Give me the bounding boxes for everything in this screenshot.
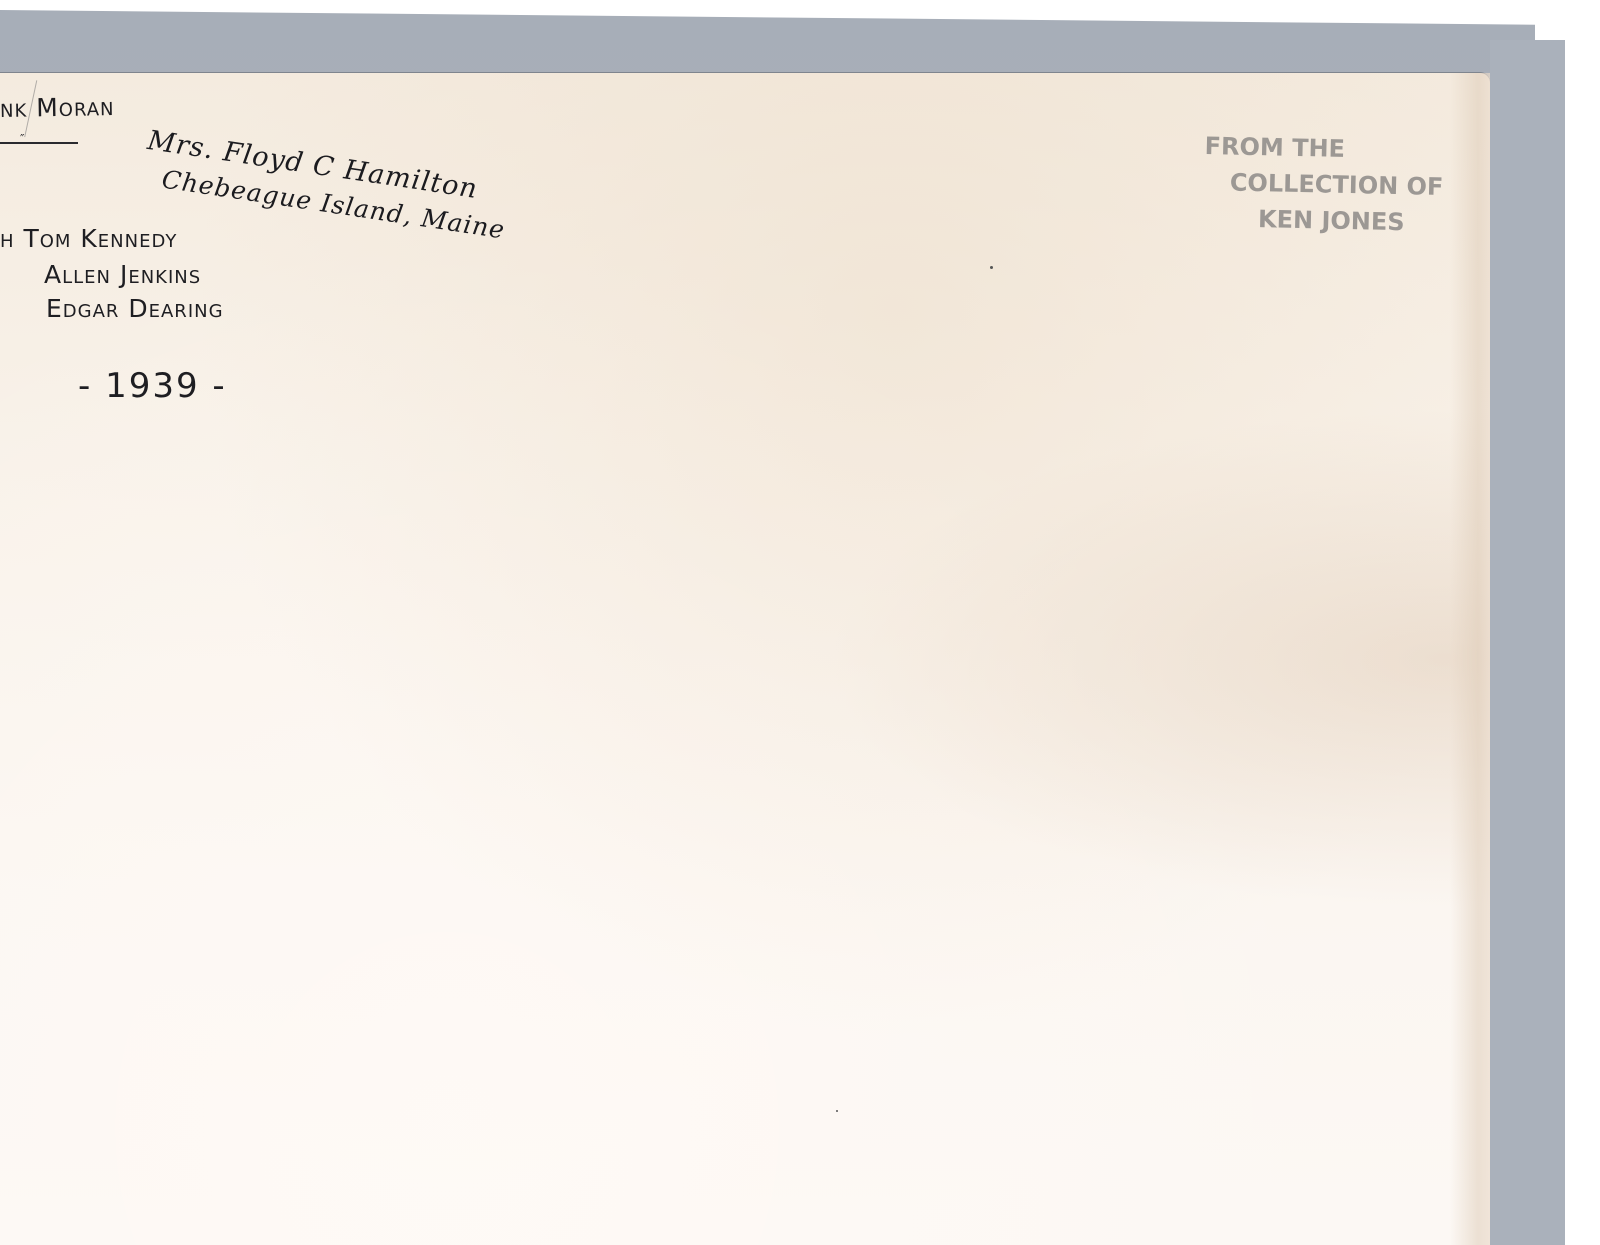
collection-stamp-line-1: FROM THE <box>1204 128 1444 169</box>
collection-stamp-line-2: COLLECTION OF <box>1229 165 1443 205</box>
ditto-underline <box>0 142 78 144</box>
handwritten-cast-line-3: Allen Jenkins <box>44 260 201 289</box>
scanner-background-right <box>1490 40 1565 1245</box>
collection-stamp-line-3: KEN JONES <box>1258 201 1443 241</box>
paper-speck <box>836 1110 838 1112</box>
handwritten-cast-line-4: Edgar Dearing <box>46 294 224 323</box>
photo-back-paper <box>0 73 1490 1245</box>
paper-speck <box>990 266 993 269</box>
handwritten-year: - 1939 - <box>78 366 227 406</box>
handwritten-cast-line-2: h Tom Kennedy <box>0 224 177 253</box>
ditto-mark: ″ <box>20 132 24 146</box>
collection-stamp: FROM THE COLLECTION OF KEN JONES <box>1203 128 1445 241</box>
scan-margin-right <box>1565 0 1600 1245</box>
handwritten-cast-line-1: nk Moran <box>0 92 115 123</box>
paper-aged-edge <box>1450 73 1490 1245</box>
